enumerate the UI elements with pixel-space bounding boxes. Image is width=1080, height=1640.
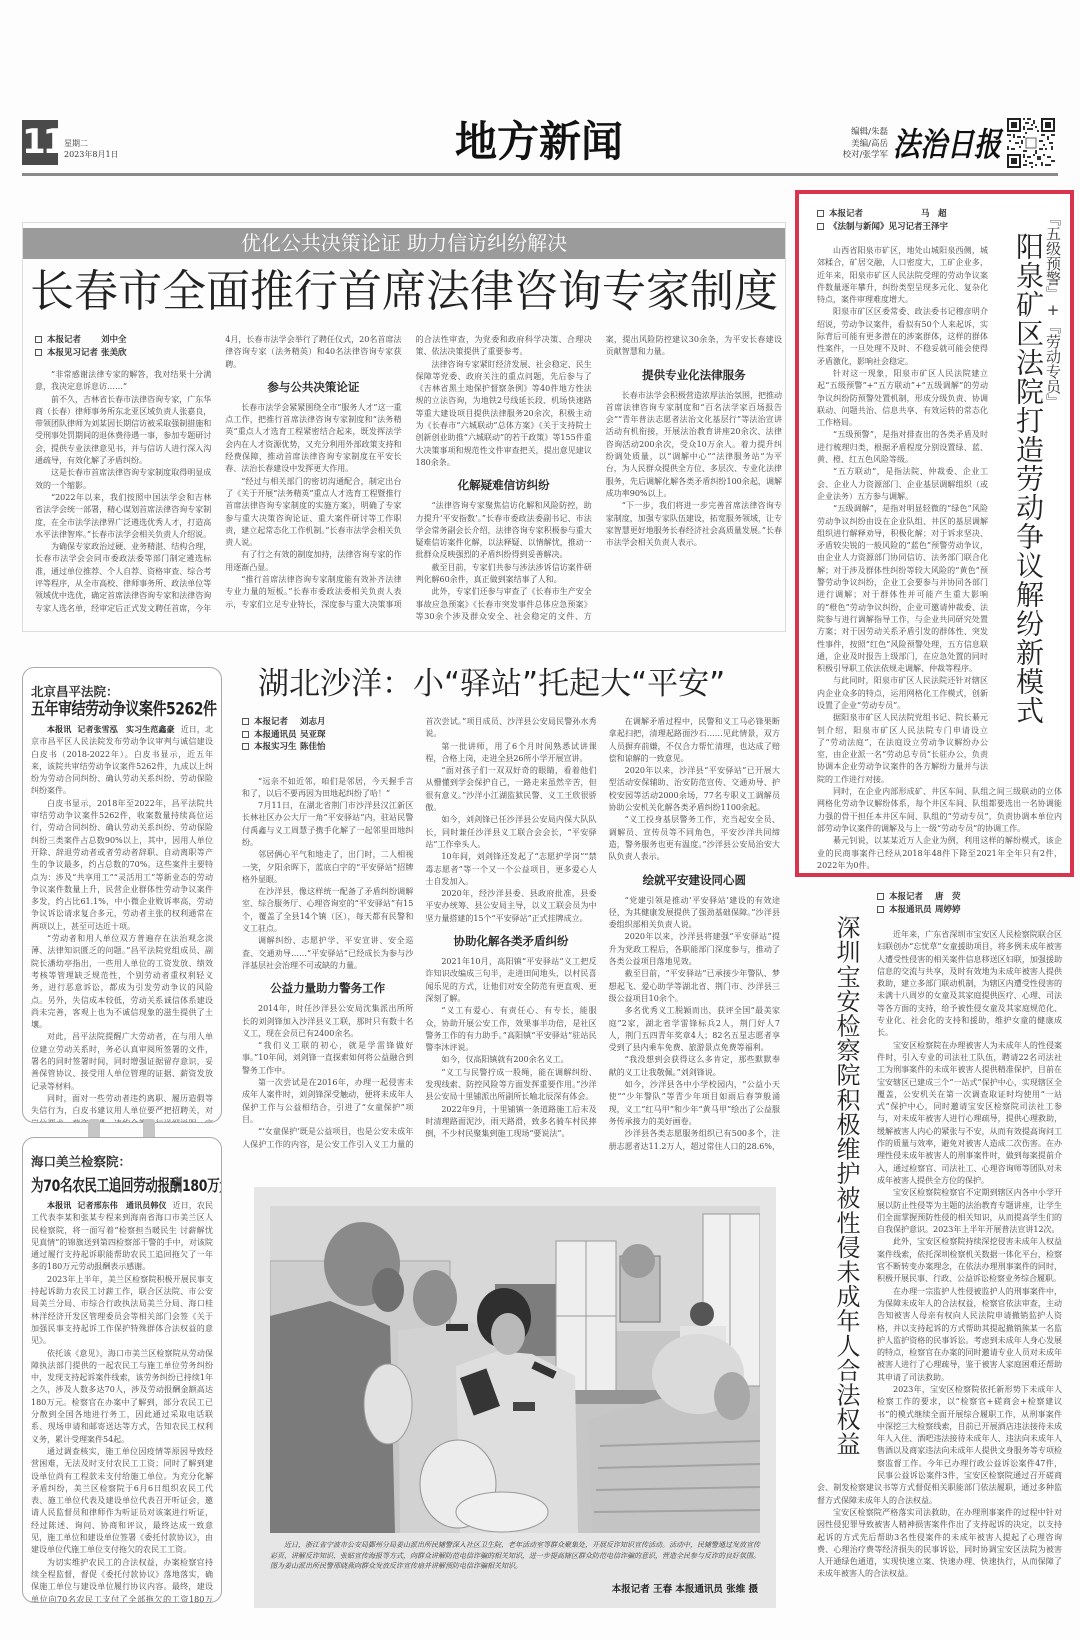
paragraph: 7月11日，在湖北省荆门市沙洋县汉江新区长林社区办公大厅一角“平安驿站”内，驻站… — [242, 800, 413, 849]
paragraph: 截至目前，“平安驿站”已承接少年警队、梦想起飞、爱心助学等湖北省、荆门市、沙洋县… — [609, 968, 780, 1005]
square-bullet-icon — [877, 906, 884, 913]
article-haikou-headline: 为70名农民工追回劳动报酬180万元 — [31, 1173, 213, 1192]
paragraph: “义工与民警拧成一股绳，能在调解纠纷、发现线索、防控风险等方面发挥重要作用。”沙… — [425, 1067, 596, 1104]
byline-name: 唐 荧 — [935, 892, 961, 902]
square-bullet-icon — [242, 731, 249, 738]
byline-role: 本报见习记者 — [47, 347, 101, 360]
paragraph: 调解纠纷、志愿护学、平安宣讲、安全巡查、交通劝导……“平安驿站”已经成长为参与沙… — [242, 935, 413, 972]
lead-credits: 记者邢东伟 通讯员韩仪 — [77, 1201, 166, 1210]
editorial-credits: 编辑/朱磊 美编/高岳 校对/张学军 — [830, 127, 888, 162]
article-shenzhen: 深圳宝安检察院积极维护被性侵未成年人合法权益 本报记者唐 荧 本报通讯员周婷婷 … — [817, 885, 1062, 1607]
article-beijing: 北京昌平法院： 五年审结劳动争议案件5262件 本报讯记者张雪泓 实习生范鑫豪近… — [22, 667, 222, 1123]
lead-paragraph: 本报讯记者邢东伟 通讯员韩仪近日，农民工代表李某和张某专程来到海南省海口市美兰区… — [31, 1200, 213, 1274]
byline-role: 本报实习生 — [254, 741, 300, 754]
square-bullet-icon — [242, 743, 249, 750]
paragraph: 2014年，时任沙洋县公安局沈集派出所所长的刘剑锋加入沙洋县义工联，那时只有数十… — [242, 1003, 413, 1040]
paragraph: 白皮书显示，2018年至2022年，昌平法院共审结劳动争议案件5262件，收案数… — [31, 798, 213, 933]
paragraph: “义工投身基层警务工作，充当起安全员、调解员、宣传员等不同角色，平安沙洋共同缔造… — [609, 814, 780, 863]
byline-name: 王泽宇 — [923, 222, 949, 232]
article-changchun-kicker-banner: 优化公共决策论证 助力信访纠纷解决 — [23, 228, 785, 259]
paragraph: “党建引领是推动‘平安驿站’建设的有效途径，为其健康发展提供了强劲基础保障。”沙… — [609, 895, 780, 932]
byline-role: 本报记者 — [254, 716, 300, 729]
paragraph: 在沙洋县，像这样统一配备了矛盾纠纷调解室、综合服务厅、心理咨询室的“平安驿站”有… — [242, 886, 413, 935]
paragraph: 邻居俩心平气和地走了，出门时，二人相视一笑，夕阳余晖下，蓝底白字的“平安驿站”招… — [242, 849, 413, 886]
subheading: 协助化解各类矛盾纠纷 — [425, 934, 596, 948]
square-bullet-icon — [817, 223, 824, 230]
body-text: 2023年上半年，美兰区检察院积极开展民事支持起诉助力农民工讨薪工作，联合区法院… — [31, 1274, 213, 1603]
paragraph: 同时，面对一些劳动者违约离职、履历造假等失信行为，白皮书建议用人单位要严把招聘关… — [31, 1093, 213, 1123]
headline-text: 为70名农民工追回劳动报酬180万元 — [31, 1173, 222, 1198]
article-changchun-body: 本报记者刘中全 本报见习记者张美欣 “非常感谢法律专家的解答，我对结果十分满意，… — [35, 334, 782, 627]
paragraph: 第一次尝试是在2016年，办理一起侵害未成年人案件时，刘剑锋深受触动，便将未成年… — [242, 1077, 413, 1126]
paragraph: 10年间，刘剑锋还发起了“志愿护学岗”“禁毒志愿者”等一个又一个公益项目，更多爱… — [425, 851, 596, 888]
paragraph: 为切实维护农民工的合法权益，办案检察官持续全程监督，督促《委托付款协议》落地落实… — [31, 1557, 213, 1603]
paragraph: 同时，在企业内部形成矿、井区车间、队组之间三级联动的立体网格化劳动争议解纷体系，… — [817, 786, 1062, 835]
byline-name: 马 超 — [921, 209, 947, 219]
byline-name: 吴亚琛 — [300, 730, 326, 740]
article-hubei-body: 本报记者刘志月 本报通讯员吴亚琛 本报实习生陈佳怡 “远亲不如近邻，咱们是邻居，… — [242, 716, 780, 1160]
byline-name: 刘中全 — [101, 335, 127, 345]
art-editor-credit: 美编/高岳 — [830, 139, 888, 151]
paragraph: “2022年以来，我们按照中国法学会和吉林省法学会统一部署，精心谋划首席法律咨询… — [35, 492, 211, 541]
paragraph: “下一步，我们将进一步完善首席法律咨询专家制度，加强专家队伍建设，拓宽服务领域，… — [606, 500, 782, 549]
paragraph: 如今，刘剑锋已任沙洋县公安局内保大队队长，同时兼任沙洋县义工联合会会长，“平安驿… — [425, 814, 596, 851]
byline-entry: 本报记者刘中全 — [35, 334, 211, 347]
photo-caption: 近日，浙江省宁波市公安局鄞州分局姜山派出所民辅警深入社区卫生院、老年活动室等群众… — [270, 1540, 760, 1572]
paragraph: “法律咨询专家聚焦信访化解和风险防控，助力提升‘平安指数’。”长春市委政法委副书… — [416, 500, 592, 561]
paragraph: “义工有爱心、有责任心、有专长，能服众，协助开展公安工作，效果事半功倍，是社区警… — [425, 1005, 596, 1054]
paragraph: “劳动者和用人单位双方普遍存在法治观念淡薄、法律知识匮乏的问题。”昌平法院党组成… — [31, 933, 213, 1031]
paragraph: 在调解矛盾过程中，民警和义工马必锋果断拿起扫把，清理起路面沙石……见此情景，双方… — [609, 716, 780, 765]
paragraph: “我没想到会获得这么多肯定，那些默默奉献的义工让我敬佩。”刘剑锋说。 — [609, 1054, 780, 1079]
article-yangquan-headline: 阳泉矿区法院打造劳动争议解纷新模式 — [1013, 232, 1043, 725]
byline-entry: 本报见习记者张美欣 — [35, 347, 211, 360]
proofreader-credit: 校对/张学军 — [830, 150, 888, 162]
byline-role: 本报通讯员 — [889, 904, 935, 917]
paragraph: 截至目前，专家们共参与涉法涉诉信访案件研判化解60余件，真正做到案结事了人和。 — [416, 562, 592, 587]
byline-role: 《法制与新闻》见习记者 — [829, 221, 923, 234]
paragraph: 长春市法学会紧紧围绕全市“服务人才”这一重点工作，把推行首席法律咨询专家制度和“… — [225, 402, 401, 476]
paragraph: “远亲不如近邻，咱们是邻居，今天握手言和了，以后不要再因为田地起纠纷了哈！” — [242, 776, 413, 801]
article-changchun-headline: 长春市全面推行首席法律咨询专家制度 — [30, 266, 782, 318]
body-text: “远亲不如近邻，咱们是邻居，今天握手言和了，以后不要再因为田地起纠纷了哈！”7月… — [242, 716, 780, 1160]
paragraph: “面对孩子们一双双好奇的眼睛，看着他们从懵懂到学会保护自己，一路走来虽然辛苦，但… — [425, 765, 596, 814]
paragraph: 有了行之有效的制度加持，法律咨询专家的作用逐渐凸显。 — [225, 549, 401, 574]
square-bullet-icon — [242, 718, 249, 725]
article-shenzhen-headline: 深圳宝安检察院积极维护被性侵未成年人合法权益 — [833, 915, 859, 1456]
square-bullet-icon — [35, 349, 42, 356]
paragraph: 多名优秀义工脱颖而出，获评全国“最美家庭”2家，湖北省学雷锋标兵2人，荆门好人7… — [609, 1005, 780, 1054]
body-text: “非常感谢法律专家的解答，我对结果十分满意，我决定息诉息访……”前不久，吉林省长… — [35, 334, 782, 627]
subheading: 公益力量助力警务工作 — [242, 981, 413, 995]
lead-text: 近日，北京市昌平区人民法院发布劳动争议审判与诚信建设白皮书（2018-2022年… — [31, 725, 213, 795]
square-bullet-icon — [877, 893, 884, 900]
lead-credits: 记者张雪泓 实习生范鑫豪 — [77, 725, 174, 734]
vertical-headline-block: 『五级预警』+『劳动专员』 阳泉矿区法院打造劳动争议解纷新模式 — [996, 208, 1062, 768]
paragraph: 前不久，吉林省长春市法律咨询专家，广东华商（长春）律师事务所东北亚区域负责人张嘉… — [35, 394, 211, 468]
byline-entry: 本报记者刘志月 — [242, 716, 413, 729]
qr-code-icon[interactable] — [1007, 118, 1055, 168]
paragraph: 第一批讲师，用了6个月时间熟悉试讲课程，合格上岗，走进全县26所小学开展宣讲。 — [425, 741, 596, 766]
lead-paragraph: 本报讯记者张雪泓 实习生范鑫豪近日，北京市昌平区人民法院发布劳动争议审判与诚信建… — [31, 724, 213, 798]
article-haikou: 海口美兰检察院： 为70名农民工追回劳动报酬180万元 本报讯记者邢东伟 通讯员… — [22, 1137, 222, 1603]
photo-credit: 本报记者 王春 本报通讯员 张维 摄 — [612, 1584, 758, 1596]
paragraph: 通过调查核实，施工单位因疫情等原因导致经营困难，无法及时支付农民工工资；同时了解… — [31, 1446, 213, 1557]
byline-name: 张美欣 — [101, 348, 127, 358]
article-haikou-kicker: 海口美兰检察院： — [31, 1154, 213, 1169]
article-beijing-kicker: 北京昌平法院： — [31, 684, 213, 699]
body-text: 白皮书显示，2018年至2022年，昌平法院共审结劳动争议案件5262件，收案数… — [31, 798, 213, 1123]
vertical-headline-block: 深圳宝安检察院积极维护被性侵未成年人合法权益 — [817, 885, 877, 1482]
paragraph: 对此，昌平法院提醒广大劳动者，在与用人单位建立劳动关系时，务必认真审阅所签署的文… — [31, 1031, 213, 1092]
photo-panel: 近日，浙江省宁波市公安局鄞州分局姜山派出所民辅警深入社区卫生院、老年活动室等群众… — [254, 1187, 776, 1608]
byline-name: 周婷婷 — [935, 905, 961, 915]
paragraph: 2020年以来，沙洋县将建强“平安驿站”提升为党政工程后，各职能部门深度参与，推… — [609, 931, 780, 968]
newspaper-masthead-logo: 法治日报 — [893, 122, 1001, 170]
paragraph: 如今，仅高阳镇就有200余名义工。 — [425, 1054, 596, 1066]
lead-tag: 本报讯 — [47, 725, 71, 734]
byline: 本报记者刘中全 本报见习记者张美欣 — [35, 334, 211, 359]
paragraph: “我们义工联的初心，就是学雷锋做好事。”10年间，刘剑锋一直探索如何将公益融合到… — [242, 1040, 413, 1077]
byline-role: 本报通讯员 — [254, 729, 300, 742]
paragraph: “经过与相关部门的密切沟通配合，制定出台了《关于开展“法务精英”重点人才选育工程… — [225, 476, 401, 550]
section-title: 地方新闻 — [455, 117, 623, 167]
article-yangquan-kicker: 『五级预警』+『劳动专员』 — [1045, 211, 1061, 409]
editor-credit: 编辑/朱磊 — [830, 127, 888, 139]
paragraph: “非常感谢法律专家的解答，我对结果十分满意，我决定息诉息访……” — [35, 369, 211, 394]
date: 2023年8月1日 — [64, 149, 119, 160]
weekday: 星期二 — [64, 138, 119, 149]
square-bullet-icon — [35, 336, 42, 343]
paragraph: 宝安区检察院严格落实司法救助，在办理刑事案件的过程中针对因性侵犯罪导致被害人精神… — [817, 1507, 1062, 1581]
byline: 本报记者刘志月 本报通讯员吴亚琛 本报实习生陈佳怡 — [242, 716, 413, 754]
paragraph: 如今，沙洋县各中小学校园内，“公益小天使”“少年警队”等青少年项目如雨后春笋般涌… — [609, 1079, 780, 1128]
article-beijing-headline: 五年审结劳动争议案件5262件 — [31, 699, 213, 718]
subheading: 提供专业化法律服务 — [606, 368, 782, 382]
lead-tag: 本报讯 — [47, 1201, 71, 1210]
paragraph: 2023年上半年，美兰区检察院积极开展民事支持起诉助力农民工讨薪工作，联合区法院… — [31, 1274, 213, 1348]
paragraph: 依托该《意见》，海口市美兰区检察院从劳动保障执法部门提供的一起农民工与施工单位劳… — [31, 1348, 213, 1446]
byline-role: 本报记者 — [47, 334, 101, 347]
article-yangquan: 『五级预警』+『劳动专员』 阳泉矿区法院打造劳动争议解纷新模式 本报记者马 超 … — [795, 190, 1074, 877]
article-hubei-headline: 湖北沙洋：小“驿站”托起大“平安” — [258, 664, 786, 704]
subheading: 化解疑难信访纠纷 — [416, 478, 592, 492]
paragraph: 法律咨询专家紧盯经济发展、社会稳定、民生保障等党委、政府关注的重点问题，先后参与… — [416, 359, 592, 470]
issue-date: 星期二 2023年8月1日 — [64, 138, 119, 160]
subheading: 绘就平安建设同心圆 — [609, 873, 780, 887]
byline-role: 本报记者 — [889, 891, 935, 904]
subheading: 参与公共决策论证 — [225, 380, 401, 394]
byline-role: 本报记者 — [829, 208, 921, 221]
square-bullet-icon — [817, 210, 824, 217]
byline-name: 陈佳怡 — [300, 742, 326, 752]
byline-name: 刘志月 — [300, 717, 326, 727]
byline-entry: 本报实习生陈佳怡 — [242, 741, 413, 754]
paragraph: 这是长春市首席法律咨询专家制度取得明显成效的一个缩影。 — [35, 467, 211, 492]
header-divider — [22, 173, 1058, 176]
news-photo[interactable] — [270, 1206, 760, 1533]
paragraph: 长春市法学会积极营造浓厚法治氛围，把推动首席法律咨询专家制度和“百名法学家百场报… — [606, 390, 782, 501]
page-number: 11 — [22, 120, 58, 165]
byline-entry: 本报通讯员吴亚琛 — [242, 729, 413, 742]
paragraph: 綦元钊说，以某某近万人企业为例，利用这样的解纷模式，该企业的民商事案件已经从20… — [817, 835, 1062, 872]
paragraph: 2020年，经沙洋县委、县政府批准，县委平安办统筹、县公安局主导，以义工联会员为… — [425, 888, 596, 925]
paragraph: 2021年10月，高阳镇“平安驿站”义工把反诈知识改编成三句半，走进田间地头，以… — [425, 956, 596, 1005]
paragraph: 2022年9月，十里铺镇一条道路施工后未及时清理路面泥沙，雨天路滑，致多名骑车村… — [425, 1104, 596, 1141]
paragraph: 2020年以来，沙洋县“平安驿站”已开展大型活动安保辅助、治安防范宣传、交通劝导… — [609, 765, 780, 814]
lead-text: 近日，农民工代表李某和张某专程来到海南省海口市美兰区人民检察院，将一面写着“检察… — [31, 1201, 213, 1271]
headline-text: 五年审结劳动争议案件5262件 — [31, 699, 216, 722]
